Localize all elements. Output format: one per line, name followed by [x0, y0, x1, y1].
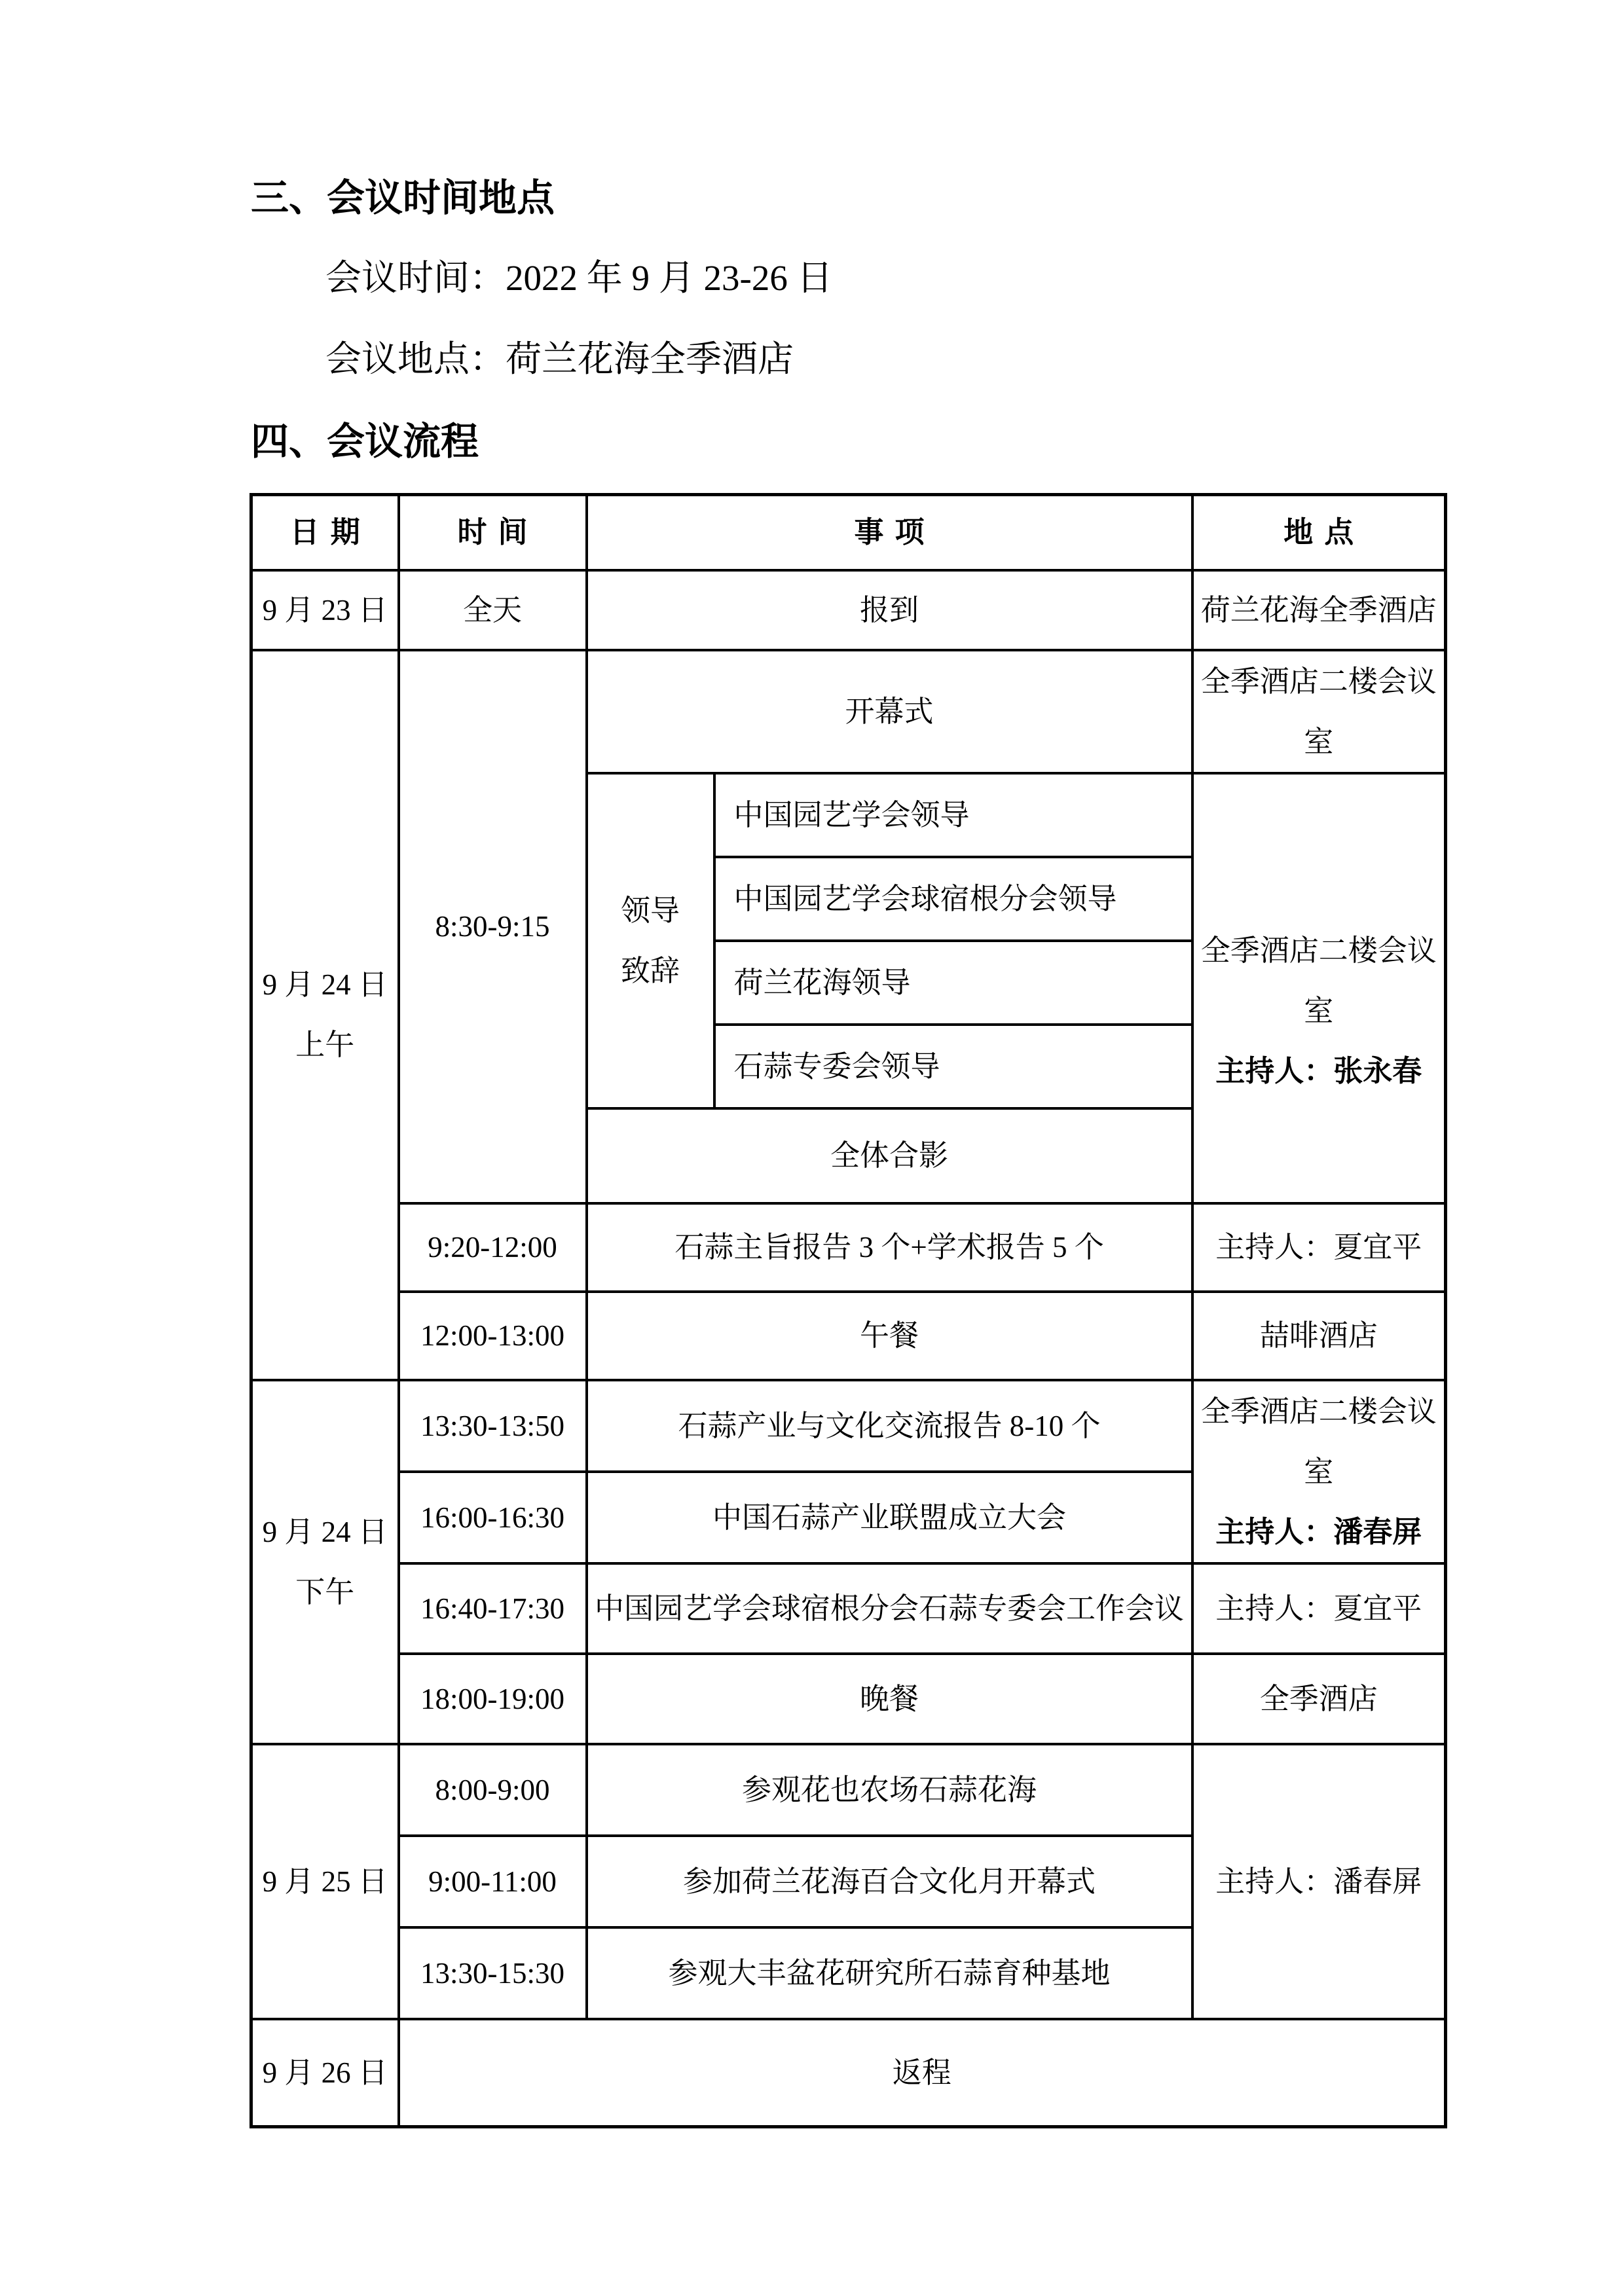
cell-pm-slot2-item: 中国石蒜产业联盟成立大会 — [587, 1472, 1192, 1563]
cell-time-reports: 9:20-12:00 — [399, 1203, 587, 1292]
cell-pm-slot3-item: 中国园艺学会球宿根分会石蒜专委会工作会议 — [587, 1563, 1192, 1654]
schedule-table: 日期 时间 事项 地点 9 月 23 日 全天 报到 荷兰花海全季酒店 9 月 … — [249, 493, 1447, 2128]
cell-date-sep23: 9 月 23 日 — [251, 570, 399, 650]
cell-speech-place: 全季酒店二楼会议室 主持人：张永春 — [1192, 773, 1446, 1203]
cell-pm-slot1-item: 石蒜产业与文化交流报告 8-10 个 — [587, 1380, 1192, 1472]
meeting-time-line: 会议时间：2022 年 9 月 23-26 日 — [325, 257, 833, 300]
cell-sep25-slot2-item: 参加荷兰花海百合文化月开幕式 — [587, 1836, 1192, 1927]
header-place: 地点 — [1192, 495, 1446, 570]
cell-group-photo: 全体合影 — [587, 1108, 1192, 1203]
meeting-place-line: 会议地点：荷兰花海全季酒店 — [325, 338, 794, 381]
cell-pm-slot3-time: 16:40-17:30 — [399, 1563, 587, 1654]
cell-sep25-slot3-item: 参观大丰盆花研究所石蒜育种基地 — [587, 1927, 1192, 2019]
cell-pm-slot12-place: 全季酒店二楼会议室 主持人：潘春屏 — [1192, 1380, 1446, 1563]
cell-time-lunch: 12:00-13:00 — [399, 1292, 587, 1380]
cell-time-opening: 8:30-9:15 — [399, 650, 587, 1203]
row-pm-slot3: 16:40-17:30 中国园艺学会球宿根分会石蒜专委会工作会议 主持人：夏宜平 — [251, 1563, 1446, 1654]
row-sep23: 9 月 23 日 全天 报到 荷兰花海全季酒店 — [251, 570, 1446, 650]
cell-sep25-slot2-time: 9:00-11:00 — [399, 1836, 587, 1927]
cell-opening-ceremony: 开幕式 — [587, 650, 1192, 773]
cell-lunch-place: 喆啡酒店 — [1192, 1292, 1446, 1380]
cell-date-sep24pm: 9 月 24 日 下午 — [251, 1380, 399, 1744]
cell-speaker-3: 荷兰花海领导 — [714, 941, 1192, 1025]
cell-return-trip: 返程 — [399, 2019, 1446, 2127]
cell-sep25-slot1-time: 8:00-9:00 — [399, 1744, 587, 1836]
cell-pm-slot4-place: 全季酒店 — [1192, 1654, 1446, 1744]
header-time: 时间 — [399, 495, 587, 570]
pm-place-text: 全季酒店二楼会议室 — [1198, 1381, 1441, 1502]
cell-reports: 石蒜主旨报告 3 个+学术报告 5 个 — [587, 1203, 1192, 1292]
speech-host-text: 主持人：张永春 — [1198, 1041, 1441, 1101]
cell-lunch: 午餐 — [587, 1292, 1192, 1380]
cell-speaker-2: 中国园艺学会球宿根分会领导 — [714, 857, 1192, 941]
row-pm-slot4: 18:00-19:00 晚餐 全季酒店 — [251, 1654, 1446, 1744]
row-opening: 9 月 24 日 上午 8:30-9:15 开幕式 全季酒店二楼会议室 — [251, 650, 1446, 773]
row-lunch: 12:00-13:00 午餐 喆啡酒店 — [251, 1292, 1446, 1380]
header-item: 事项 — [587, 495, 1192, 570]
row-sep25-slot1: 9 月 25 日 8:00-9:00 参观花也农场石蒜花海 主持人：潘春屏 — [251, 1744, 1446, 1836]
cell-sep25-slot1-item: 参观花也农场石蒜花海 — [587, 1744, 1192, 1836]
document-page: 三、会议时间地点 会议时间：2022 年 9 月 23-26 日 会议地点：荷兰… — [0, 0, 1624, 2296]
table-header-row: 日期 时间 事项 地点 — [251, 495, 1446, 570]
cell-sep25-slot3-time: 13:30-15:30 — [399, 1927, 587, 2019]
row-sep26: 9 月 26 日 返程 — [251, 2019, 1446, 2127]
cell-opening-place: 全季酒店二楼会议室 — [1192, 650, 1446, 773]
row-pm-slot1: 9 月 24 日 下午 13:30-13:50 石蒜产业与文化交流报告 8-10… — [251, 1380, 1446, 1472]
cell-pm-slot3-host: 主持人：夏宜平 — [1192, 1563, 1446, 1654]
cell-time-sep23: 全天 — [399, 570, 587, 650]
cell-place-sep23: 荷兰花海全季酒店 — [1192, 570, 1446, 650]
cell-date-sep24am: 9 月 24 日 上午 — [251, 650, 399, 1380]
cell-date-sep26: 9 月 26 日 — [251, 2019, 399, 2127]
cell-pm-slot1-time: 13:30-13:50 — [399, 1380, 587, 1472]
header-date: 日期 — [251, 495, 399, 570]
cell-pm-slot2-time: 16:00-16:30 — [399, 1472, 587, 1563]
cell-speech-label: 领导 致辞 — [587, 773, 714, 1108]
cell-speaker-1: 中国园艺学会领导 — [714, 773, 1192, 857]
cell-reports-host: 主持人：夏宜平 — [1192, 1203, 1446, 1292]
pm-host-text: 主持人：潘春屏 — [1198, 1502, 1441, 1562]
speech-place-text: 全季酒店二楼会议室 — [1198, 920, 1441, 1041]
section-heading-meeting-schedule: 四、会议流程 — [251, 419, 479, 465]
cell-date-sep25: 9 月 25 日 — [251, 1744, 399, 2019]
cell-pm-slot4-item: 晚餐 — [587, 1654, 1192, 1744]
cell-sep25-host: 主持人：潘春屏 — [1192, 1744, 1446, 2019]
row-reports: 9:20-12:00 石蒜主旨报告 3 个+学术报告 5 个 主持人：夏宜平 — [251, 1203, 1446, 1292]
cell-pm-slot4-time: 18:00-19:00 — [399, 1654, 587, 1744]
section-heading-meeting-time-place: 三、会议时间地点 — [251, 175, 555, 221]
cell-speaker-4: 石蒜专委会领导 — [714, 1025, 1192, 1108]
cell-item-sep23: 报到 — [587, 570, 1192, 650]
